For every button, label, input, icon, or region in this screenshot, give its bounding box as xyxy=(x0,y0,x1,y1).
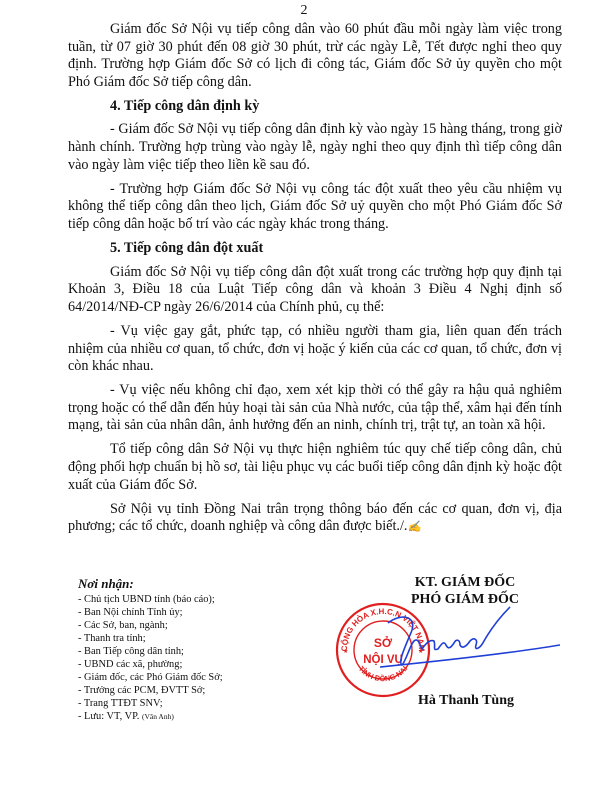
recipient-item: - Lưu: VT, VP. (Vân Anh) xyxy=(78,710,318,723)
page-number: 2 xyxy=(0,3,608,19)
svg-text:★: ★ xyxy=(343,648,348,655)
recipient-item: - Ban Tiếp công dân tỉnh; xyxy=(78,645,318,658)
closing-text: Sở Nội vụ tỉnh Đồng Nai trân trọng thông… xyxy=(68,501,562,535)
recipient-archive: - Lưu: VT, VP. xyxy=(78,711,139,722)
recipient-item: - Giám đốc, các Phó Giám đốc Sở; xyxy=(78,671,318,684)
recipients-title: Nơi nhận: xyxy=(78,576,318,592)
recipients-list: - Chủ tịch UBND tỉnh (báo cáo); - Ban Nộ… xyxy=(78,593,318,723)
paragraph-unscheduled-case-2: - Vụ việc nếu không chỉ đạo, xem xét kịp… xyxy=(68,382,562,435)
recipient-item: - Trưởng các PCM, ĐVTT Sở; xyxy=(78,684,318,697)
paragraph-reception-schedule: Giám đốc Sở Nội vụ tiếp công dân vào 60 … xyxy=(68,21,562,91)
paragraph-periodic-2: - Trường hợp Giám đốc Sở Nội vụ công tác… xyxy=(68,181,562,234)
paragraph-unscheduled-case-1: - Vụ việc gay gắt, phức tạp, có nhiều ng… xyxy=(68,323,562,376)
recipient-item: - Ban Nội chính Tỉnh ủy; xyxy=(78,606,318,619)
paragraph-closing: Sở Nội vụ tỉnh Đồng Nai trân trọng thông… xyxy=(68,501,562,537)
recipient-item: - Thanh tra tỉnh; xyxy=(78,632,318,645)
section-heading-unscheduled-reception: 5. Tiếp công dân đột xuất xyxy=(68,240,562,258)
handwritten-signature-icon xyxy=(380,605,560,685)
document-body: Giám đốc Sở Nội vụ tiếp công dân vào 60 … xyxy=(68,21,562,543)
recipient-item: - UBND các xã, phường; xyxy=(78,658,318,671)
signer-name: Hà Thanh Tùng xyxy=(376,693,556,709)
drafter-note: (Vân Anh) xyxy=(142,712,174,721)
recipient-item: - Chủ tịch UBND tỉnh (báo cáo); xyxy=(78,593,318,606)
recipients-block: Nơi nhận: - Chủ tịch UBND tỉnh (báo cáo)… xyxy=(78,576,318,723)
paragraph-team-duties: Tổ tiếp công dân Sở Nội vụ thực hiện ngh… xyxy=(68,441,562,494)
initials-mark-icon: ✍ xyxy=(407,521,421,533)
paragraph-unscheduled-intro: Giám đốc Sở Nội vụ tiếp công dân đột xuấ… xyxy=(68,264,562,317)
recipient-item: - Trang TTĐT SNV; xyxy=(78,697,318,710)
recipient-item: - Các Sở, ban, ngành; xyxy=(78,619,318,632)
paragraph-periodic-1: - Giám đốc Sở Nội vụ tiếp công dân định … xyxy=(68,121,562,174)
section-heading-periodic-reception: 4. Tiếp công dân định kỳ xyxy=(68,98,562,116)
signer-title-line1: KT. GIÁM ĐỐC xyxy=(370,574,560,591)
